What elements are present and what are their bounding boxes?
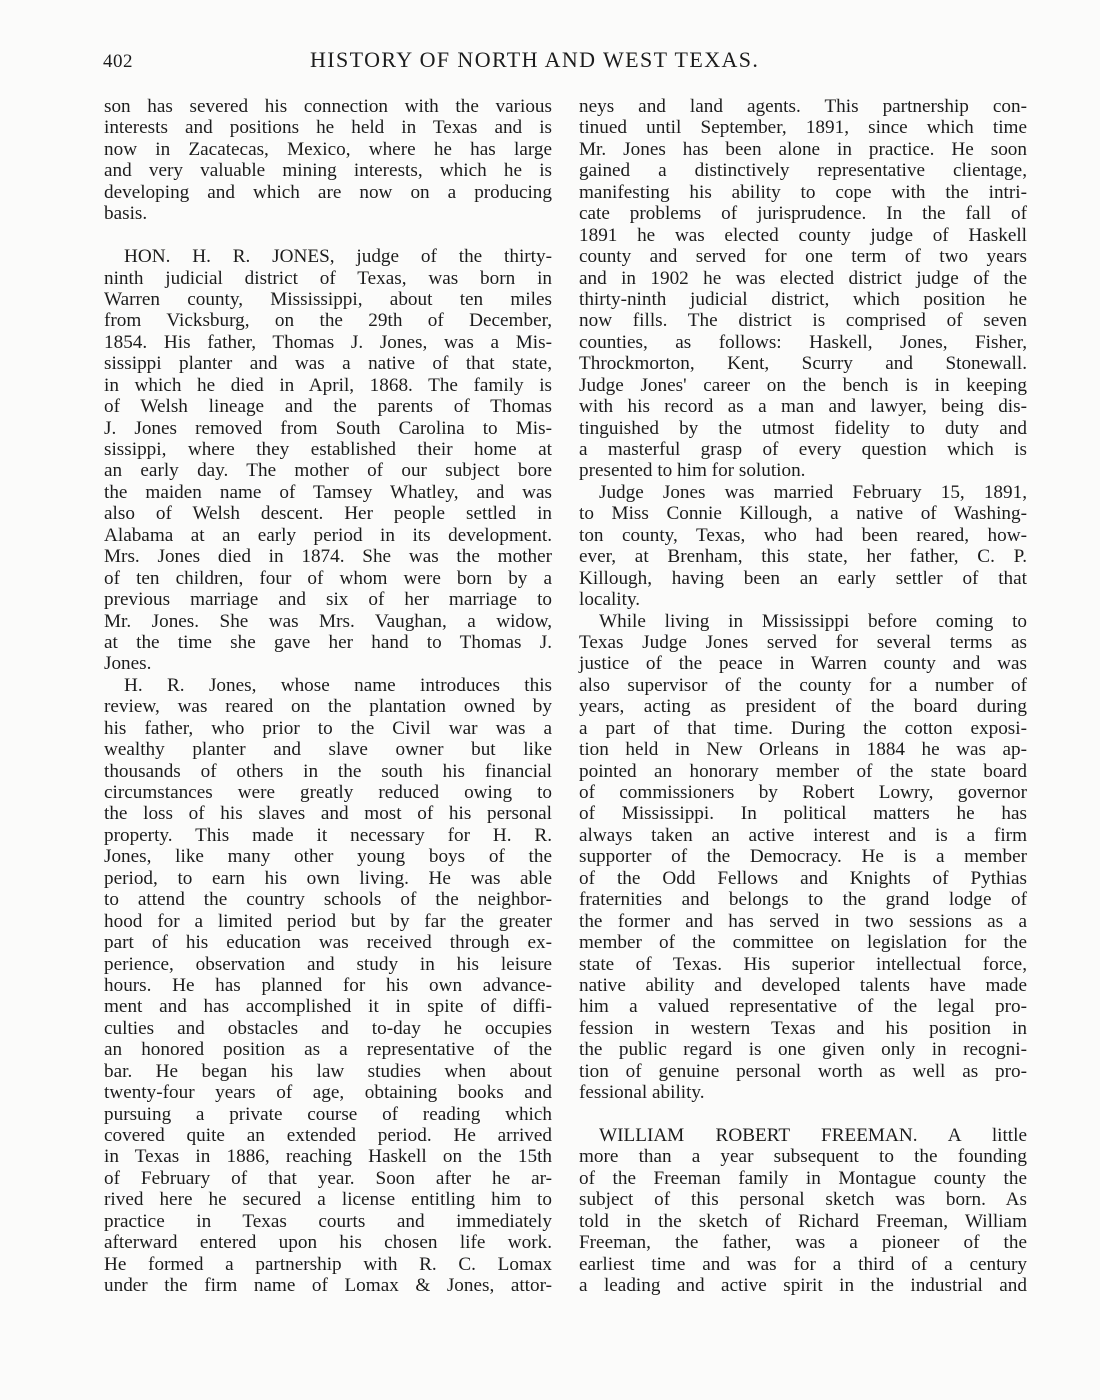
text-line: Mr. Jones has been alone in practice. He…	[579, 139, 1027, 160]
text-line: of ten children, four of whom were born …	[104, 568, 552, 589]
text-line: interests and positions he held in Texas…	[104, 117, 552, 138]
text-line: son has severed his connection with the …	[104, 96, 552, 117]
text-line: perience, observation and study in his l…	[104, 954, 552, 975]
text-line: of Welsh lineage and the parents of Thom…	[104, 396, 552, 417]
text-line: Jones.	[104, 653, 552, 674]
text-line: years, acting as president of the board …	[579, 696, 1027, 717]
text-line: the public regard is one given only in r…	[579, 1039, 1027, 1060]
left-column: son has severed his connection with the …	[104, 96, 552, 1297]
text-line: Throckmorton, Kent, Scurry and Stonewall…	[579, 353, 1027, 374]
text-line: sissippi planter and was a native of tha…	[104, 353, 552, 374]
text-line: tinguished by the utmost fidelity to dut…	[579, 418, 1027, 439]
text-line: counties, as follows: Haskell, Jones, Fi…	[579, 332, 1027, 353]
text-line: of the Freeman family in Montague county…	[579, 1168, 1027, 1189]
text-line: ever, at Brenham, this state, her father…	[579, 546, 1027, 567]
text-line: of commissioners by Robert Lowry, govern…	[579, 782, 1027, 803]
text-line: his father, who prior to the Civil war w…	[104, 718, 552, 739]
text-line: ment and has accomplished it in spite of…	[104, 996, 552, 1017]
text-line: in which he died in April, 1868. The fam…	[104, 375, 552, 396]
text-line: under the firm name of Lomax & Jones, at…	[104, 1275, 552, 1296]
text-line: review, was reared on the plantation own…	[104, 696, 552, 717]
text-line: of the Odd Fellows and Knights of Pythia…	[579, 868, 1027, 889]
text-line: ninth judicial district of Texas, was bo…	[104, 268, 552, 289]
text-line: tion held in New Orleans in 1884 he was …	[579, 739, 1027, 760]
text-line: rived here he secured a license entitlin…	[104, 1189, 552, 1210]
text-line: a leading and active spirit in the indus…	[579, 1275, 1027, 1296]
text-line: 1854. His father, Thomas J. Jones, was a…	[104, 332, 552, 353]
text-line: more than a year subsequent to the found…	[579, 1146, 1027, 1167]
text-line: thirty-ninth judicial district, which po…	[579, 289, 1027, 310]
text-line: previous marriage and six of her marriag…	[104, 589, 552, 610]
text-line: county and served for one term of two ye…	[579, 246, 1027, 267]
text-line: Warren county, Mississippi, about ten mi…	[104, 289, 552, 310]
text-line: 1891 he was elected county judge of Hask…	[579, 225, 1027, 246]
text-line: at the time she gave her hand to Thomas …	[104, 632, 552, 653]
text-line: practice in Texas courts and immediately	[104, 1211, 552, 1232]
text-line: a part of that time. During the cotton e…	[579, 718, 1027, 739]
paragraph-gap	[104, 225, 552, 246]
text-line: of February of that year. Soon after he …	[104, 1168, 552, 1189]
text-line: Mr. Jones. She was Mrs. Vaughan, a widow…	[104, 611, 552, 632]
text-line: tinued until September, 1891, since whic…	[579, 117, 1027, 138]
text-line: afterward entered upon his chosen life w…	[104, 1232, 552, 1253]
text-line: wealthy planter and slave owner but like	[104, 739, 552, 760]
text-line: him a valued representative of the legal…	[579, 996, 1027, 1017]
text-line: neys and land agents. This partnership c…	[579, 96, 1027, 117]
text-line: a masterful grasp of every question whic…	[579, 439, 1027, 460]
text-line: presented to him for solution.	[579, 460, 1027, 481]
text-line: circumstances were greatly reduced owing…	[104, 782, 552, 803]
text-line: J. Jones removed from South Carolina to …	[104, 418, 552, 439]
text-line: period, to earn his own living. He was a…	[104, 868, 552, 889]
text-line: gained a distinctively representative cl…	[579, 160, 1027, 181]
text-line: Freeman, the father, was a pioneer of th…	[579, 1232, 1027, 1253]
text-line: in Texas in 1886, reaching Haskell on th…	[104, 1146, 552, 1167]
text-line: cate problems of jurisprudence. In the f…	[579, 203, 1027, 224]
text-line: of Mississippi. In political matters he …	[579, 803, 1027, 824]
text-line: basis.	[104, 203, 552, 224]
text-line: bar. He began his law studies when about	[104, 1061, 552, 1082]
text-line: ton county, Texas, who had been reared, …	[579, 525, 1027, 546]
text-line: Alabama at an early period in its develo…	[104, 525, 552, 546]
text-line: part of his education was received throu…	[104, 932, 552, 953]
text-line: and very valuable mining interests, whic…	[104, 160, 552, 181]
text-line: hood for a limited period but by far the…	[104, 911, 552, 932]
text-line: pursuing a private course of reading whi…	[104, 1104, 552, 1125]
article-heading-freeman: WILLIAM ROBERT FREEMAN. A little	[579, 1125, 1027, 1146]
text-line: property. This made it necessary for H. …	[104, 825, 552, 846]
text-line: Judge Jones was married February 15, 189…	[579, 482, 1027, 503]
article-heading-jones: HON. H. R. JONES, judge of the thirty-	[104, 246, 552, 267]
text-line: H. R. Jones, whose name introduces this	[104, 675, 552, 696]
text-line: manifesting his ability to cope with the…	[579, 182, 1027, 203]
text-line: tion of genuine personal worth as well a…	[579, 1061, 1027, 1082]
text-line: now in Zacatecas, Mexico, where he has l…	[104, 139, 552, 160]
text-line: supporter of the Democracy. He is a memb…	[579, 846, 1027, 867]
text-line: subject of this personal sketch was born…	[579, 1189, 1027, 1210]
page-number: 402	[103, 51, 133, 73]
text-line: covered quite an extended period. He arr…	[104, 1125, 552, 1146]
text-line: Mrs. Jones died in 1874. She was the mot…	[104, 546, 552, 567]
text-line: Judge Jones' career on the bench is in k…	[579, 375, 1027, 396]
text-line: fraternities and belongs to the grand lo…	[579, 889, 1027, 910]
text-line: the former and has served in two session…	[579, 911, 1027, 932]
text-line: always taken an active interest and is a…	[579, 825, 1027, 846]
text-line: fession in western Texas and his positio…	[579, 1018, 1027, 1039]
text-line: to Miss Connie Killough, a native of Was…	[579, 503, 1027, 524]
text-line: locality.	[579, 589, 1027, 610]
text-line: an honored position as a representative …	[104, 1039, 552, 1060]
text-line: member of the committee on legislation f…	[579, 932, 1027, 953]
text-line: with his record as a man and lawyer, bei…	[579, 396, 1027, 417]
text-line: the maiden name of Tamsey Whatley, and w…	[104, 482, 552, 503]
text-line: also of Welsh descent. Her people settle…	[104, 503, 552, 524]
text-line: state of Texas. His superior intellectua…	[579, 954, 1027, 975]
text-line: twenty-four years of age, obtaining book…	[104, 1082, 552, 1103]
text-line: Jones, like many other young boys of the	[104, 846, 552, 867]
text-line: fessional ability.	[579, 1082, 1027, 1103]
text-line: sissippi, where they established their h…	[104, 439, 552, 460]
text-line: to attend the country schools of the nei…	[104, 889, 552, 910]
text-line: hours. He has planned for his own advanc…	[104, 975, 552, 996]
text-line: an early day. The mother of our subject …	[104, 460, 552, 481]
text-line: culties and obstacles and to-day he occu…	[104, 1018, 552, 1039]
text-line: thousands of others in the south his fin…	[104, 761, 552, 782]
text-line: now fills. The district is comprised of …	[579, 310, 1027, 331]
text-line: Killough, having been an early settler o…	[579, 568, 1027, 589]
text-line: justice of the peace in Warren county an…	[579, 653, 1027, 674]
text-line: He formed a partnership with R. C. Lomax	[104, 1254, 552, 1275]
text-line: from Vicksburg, on the 29th of December,	[104, 310, 552, 331]
text-line: native ability and developed talents hav…	[579, 975, 1027, 996]
text-line: also supervisor of the county for a numb…	[579, 675, 1027, 696]
running-title: HISTORY OF NORTH AND WEST TEXAS.	[310, 47, 759, 73]
text-line: developing and which are now on a produc…	[104, 182, 552, 203]
text-line: told in the sketch of Richard Freeman, W…	[579, 1211, 1027, 1232]
text-line: earliest time and was for a third of a c…	[579, 1254, 1027, 1275]
text-line: and in 1902 he was elected district judg…	[579, 268, 1027, 289]
text-line: pointed an honorary member of the state …	[579, 761, 1027, 782]
paragraph-gap	[579, 1104, 1027, 1125]
text-line: While living in Mississippi before comin…	[579, 611, 1027, 632]
right-column: neys and land agents. This partnership c…	[579, 96, 1027, 1297]
text-line: Texas Judge Jones served for several ter…	[579, 632, 1027, 653]
text-line: the loss of his slaves and most of his p…	[104, 803, 552, 824]
